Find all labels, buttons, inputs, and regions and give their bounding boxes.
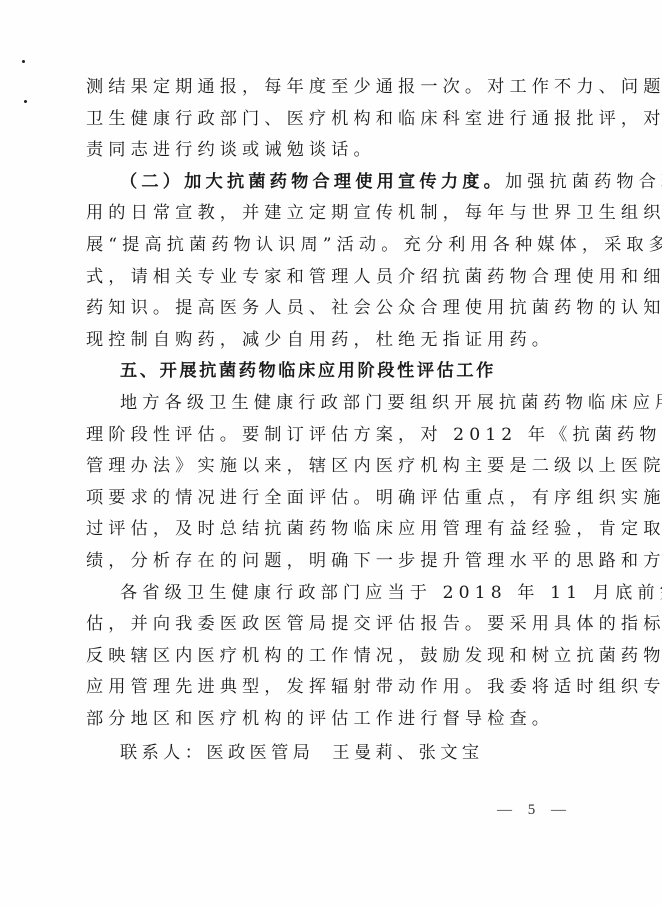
text-line: 部分地区和医疗机构的评估工作进行督导检查。 [86,704,580,736]
text-line: 用的日常宣教，并建立定期宣传机制，每年与世界卫生组织同步开 [86,198,580,230]
text-line: 绩，分析存在的问题，明确下一步提升管理水平的思路和方向。 [86,546,580,578]
contact-line: 联系人：医政医管局王曼莉、张文宝 [86,738,580,770]
margin-binding-dot [24,100,27,103]
text-line: 过评估，及时总结抗菌药物临床应用管理有益经验，肯定取得的成 [86,514,580,546]
text-line: 地方各级卫生健康行政部门要组织开展抗菌药物临床应用管 [86,388,580,420]
text-line: 项要求的情况进行全面评估。明确评估重点，有序组织实施。通 [86,483,580,515]
text-line: 式，请相关专业专家和管理人员介绍抗菌药物合理使用和细菌耐 [86,262,580,294]
text-line: 卫生健康行政部门、医疗机构和临床科室进行通报批评，对主要负 [86,104,580,136]
text-line: 应用管理先进典型，发挥辐射带动作用。我委将适时组织专家对 [86,672,580,704]
section-5-heading: 五、开展抗菌药物临床应用阶段性评估工作 [86,356,580,388]
text-line: 反映辖区内医疗机构的工作情况，鼓励发现和树立抗菌药物临床 [86,641,580,673]
page-number: — 5 — [497,802,572,819]
section-5-paragraph-b: 各省级卫生健康行政部门应当于 2018 年 11 月底前完成评 估，并向我委医政… [86,578,580,736]
text-line: 药知识。提高医务人员、社会公众合理使用抗菌药物的认知度，实 [86,293,580,325]
text-line: 理阶段性评估。要制订评估方案，对 2012 年《抗菌药物临床应用 [86,420,580,452]
contact-names: 王曼莉、张文宝 [332,743,483,763]
section-5-paragraph-a: 地方各级卫生健康行政部门要组织开展抗菌药物临床应用管 理阶段性评估。要制订评估方… [86,388,580,578]
text-line: 测结果定期通报，每年度至少通报一次。对工作不力、问题突出的 [86,72,580,104]
document-body: 测结果定期通报，每年度至少通报一次。对工作不力、问题突出的 卫生健康行政部门、医… [86,72,580,770]
text-line: 责同志进行约谈或诫勉谈话。 [86,135,580,167]
section-2-paragraph: （二）加大抗菌药物合理使用宣传力度。加强抗菌药物合理使 用的日常宣教，并建立定期… [86,167,580,357]
text-line: （二）加大抗菌药物合理使用宣传力度。加强抗菌药物合理使 [86,167,580,199]
text-line: 估，并向我委医政医管局提交评估报告。要采用具体的指标数据 [86,609,580,641]
text-line: 各省级卫生健康行政部门应当于 2018 年 11 月底前完成评 [86,578,580,610]
text-line: 管理办法》实施以来，辖区内医疗机构主要是二级以上医院落实各 [86,451,580,483]
text-span: 加强抗菌药物合理使 [505,172,662,192]
section-2-title: （二）加大抗菌药物合理使用宣传力度。 [120,172,505,192]
margin-binding-dot [22,60,25,63]
text-line: 展“提高抗菌药物认识周”活动。充分利用各种媒体，采取多种方 [86,230,580,262]
paragraph-continuation: 测结果定期通报，每年度至少通报一次。对工作不力、问题突出的 卫生健康行政部门、医… [86,72,580,167]
document-page: 测结果定期通报，每年度至少通报一次。对工作不力、问题突出的 卫生健康行政部门、医… [0,0,662,906]
text-line: 现控制自购药，减少自用药，杜绝无指证用药。 [86,325,580,357]
contact-label: 联系人：医政医管局 [120,743,314,763]
